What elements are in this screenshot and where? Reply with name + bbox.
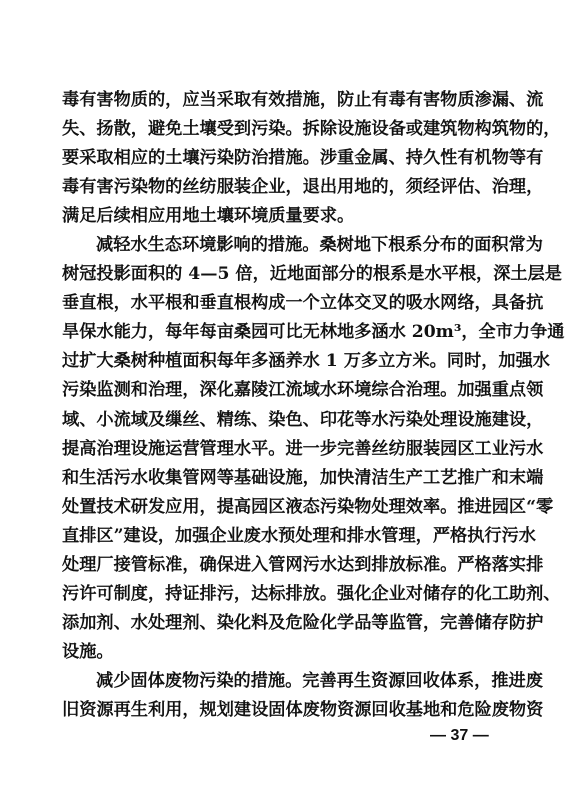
text-line: 设施。 [62, 638, 506, 667]
body-text: 毒有害物质的，应当采取有效措施，防止有毒有害物质渗漏、流失、扬散，避免土壤受到污… [62, 86, 506, 725]
text-line: 直排区”建设，加强企业废水预处理和排水管理，严格执行污水 [62, 522, 506, 551]
text-line: 过扩大桑树种植面积每年多涵养水 1 万多立方米。同时，加强水 [62, 347, 506, 376]
text-line: 垂直根，水平根和垂直根构成一个立体交叉的吸水网络，具备抗 [62, 289, 506, 318]
text-line: 污染监测和治理，深化嘉陵江流域水环境综合治理。加强重点领 [62, 376, 506, 405]
text-line: 旧资源再生利用，规划建设固体废物资源回收基地和危险废物资 [62, 696, 506, 725]
text-line: 域、小流域及缫丝、精练、染色、印花等水污染处理设施建设， [62, 406, 506, 435]
text-line: 处理厂接管标准，确保进入管网污水达到排放标准。严格落实排 [62, 551, 506, 580]
text-line: 污许可制度，持证排污，达标排放。强化企业对储存的化工助剂、 [62, 580, 506, 609]
text-line: 满足后续相应用地土壤环境质量要求。 [62, 202, 506, 231]
document-page: 毒有害物质的，应当采取有效措施，防止有毒有害物质渗漏、流失、扬散，避免土壤受到污… [0, 0, 566, 785]
text-line: 和生活污水收集管网等基础设施，加快清洁生产工艺推广和末端 [62, 464, 506, 493]
text-line: 减少固体废物污染的措施。完善再生资源回收体系，推进废 [62, 667, 506, 696]
text-line: 减轻水生态环境影响的措施。桑树地下根系分布的面积常为 [62, 231, 506, 260]
text-line: 添加剂、水处理剂、染化料及危险化学品等监管，完善储存防护 [62, 609, 506, 638]
text-line: 处置技术研发应用，提高园区液态污染物处理效率。推进园区“零 [62, 493, 506, 522]
page-number: — 37 — [430, 727, 489, 745]
text-line: 要采取相应的土壤污染防治措施。涉重金属、持久性有机物等有 [62, 144, 506, 173]
text-line: 失、扬散，避免土壤受到污染。拆除设施设备或建筑物构筑物的， [62, 115, 506, 144]
text-line: 旱保水能力，每年每亩桑园可比无林地多涵水 20m³，全市力争通 [62, 318, 506, 347]
text-line: 提高治理设施运营管理水平。进一步完善丝纺服装园区工业污水 [62, 435, 506, 464]
text-line: 树冠投影面积的 4—5 倍，近地面部分的根系是水平根，深土层是 [62, 260, 506, 289]
text-line: 毒有害污染物的丝纺服装企业，退出用地的，须经评估、治理， [62, 173, 506, 202]
text-line: 毒有害物质的，应当采取有效措施，防止有毒有害物质渗漏、流 [62, 86, 506, 115]
